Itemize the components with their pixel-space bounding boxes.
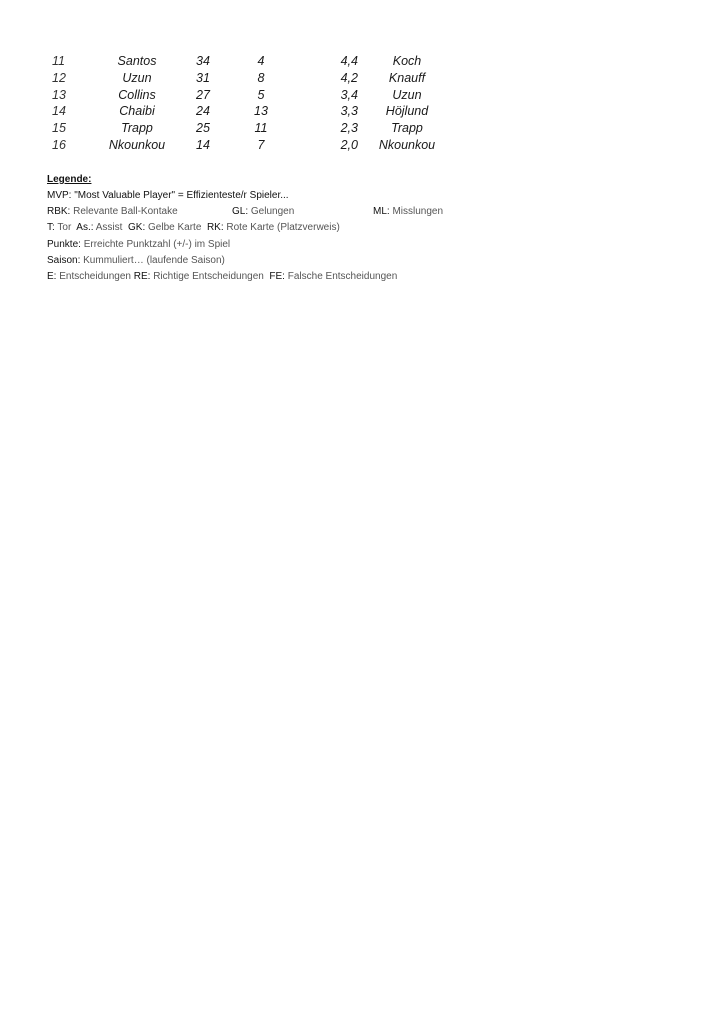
rank: 12	[52, 70, 66, 87]
stat-a: 25	[196, 120, 210, 137]
legend-text: Falsche Entscheidungen	[285, 271, 397, 282]
legend-cards-line: T: Tor As.: Assist GK: Gelbe Karte RK: R…	[47, 220, 487, 236]
stat-a: 34	[196, 53, 210, 70]
table-row: 16 Nkounkou 14 7 2,0 Nkounkou	[0, 137, 724, 154]
stat-b: 11	[236, 120, 286, 137]
stat-a: 31	[196, 70, 210, 87]
rating: 3,4	[310, 87, 358, 104]
legend-key: RBK:	[47, 206, 70, 217]
table-row: 12 Uzun 31 8 4,2 Knauff	[0, 70, 724, 87]
rank: 14	[52, 103, 66, 120]
legend-key: Saison:	[47, 255, 80, 266]
stat-b: 4	[236, 53, 286, 70]
legend-key: GK:	[128, 222, 145, 233]
rating: 3,3	[310, 103, 358, 120]
table-row: 15 Trapp 25 11 2,3 Trapp	[0, 120, 724, 137]
legend-key: GL:	[232, 206, 248, 217]
legend-punkte-line: Punkte: Erreichte Punktzahl (+/-) im Spi…	[47, 237, 487, 253]
table-row: 11 Santos 34 4 4,4 Koch	[0, 53, 724, 70]
rank: 16	[52, 137, 66, 154]
legend-text: Relevante Ball-Kontake	[70, 206, 177, 217]
legend-key: RK:	[207, 222, 224, 233]
mvp-name: Nkounkou	[368, 137, 446, 154]
legend-key: ML:	[373, 206, 390, 217]
legend-text: Tor	[55, 222, 72, 233]
legend-text: Gelungen	[248, 206, 294, 217]
mvp-name: Knauff	[368, 70, 446, 87]
legend-text: Assist	[94, 222, 123, 233]
mvp-name: Höjlund	[368, 103, 446, 120]
rank: 15	[52, 120, 66, 137]
player-name: Trapp	[95, 120, 179, 137]
legend-key: RE:	[134, 271, 151, 282]
legend-saison-line: Saison: Kummuliert… (laufende Saison)	[47, 253, 487, 269]
legend-decisions-line: E: Entscheidungen RE: Richtige Entscheid…	[47, 269, 487, 285]
player-name: Nkounkou	[95, 137, 179, 154]
player-name: Chaibi	[95, 103, 179, 120]
rating: 2,3	[310, 120, 358, 137]
legend-mvp: MVP: "Most Valuable Player" = Effiziente…	[47, 188, 487, 204]
stat-b: 5	[236, 87, 286, 104]
rank: 13	[52, 87, 66, 104]
stat-b: 13	[236, 103, 286, 120]
legend-rbk-line: RBK: Relevante Ball-Kontake GL: Gelungen…	[47, 204, 487, 220]
stat-a: 24	[196, 103, 210, 120]
mvp-name: Uzun	[368, 87, 446, 104]
legend: Legende: MVP: "Most Valuable Player" = E…	[47, 172, 487, 285]
player-stats-table: 11 Santos 34 4 4,4 Koch 12 Uzun 31 8 4,2…	[0, 53, 724, 154]
stat-b: 7	[236, 137, 286, 154]
mvp-name: Koch	[368, 53, 446, 70]
player-name: Uzun	[95, 70, 179, 87]
player-name: Santos	[95, 53, 179, 70]
legend-text: Erreichte Punktzahl (+/-) im Spiel	[81, 239, 230, 250]
player-name: Collins	[95, 87, 179, 104]
rating: 4,2	[310, 70, 358, 87]
legend-title: Legende:	[47, 172, 487, 188]
legend-text: Misslungen	[390, 206, 443, 217]
legend-text: Richtige Entscheidungen	[150, 271, 263, 282]
legend-text: Gelbe Karte	[145, 222, 201, 233]
rating: 4,4	[310, 53, 358, 70]
stat-a: 14	[196, 137, 210, 154]
mvp-name: Trapp	[368, 120, 446, 137]
rating: 2,0	[310, 137, 358, 154]
stat-a: 27	[196, 87, 210, 104]
legend-text: Entscheidungen	[56, 271, 131, 282]
legend-text: Kummuliert… (laufende Saison)	[80, 255, 225, 266]
legend-key: Punkte:	[47, 239, 81, 250]
legend-key: FE:	[269, 271, 285, 282]
legend-key: As.:	[76, 222, 93, 233]
table-row: 13 Collins 27 5 3,4 Uzun	[0, 87, 724, 104]
stat-b: 8	[236, 70, 286, 87]
legend-text: Rote Karte (Platzverweis)	[224, 222, 340, 233]
table-row: 14 Chaibi 24 13 3,3 Höjlund	[0, 103, 724, 120]
legend-key: T:	[47, 222, 55, 233]
rank: 11	[52, 53, 65, 70]
